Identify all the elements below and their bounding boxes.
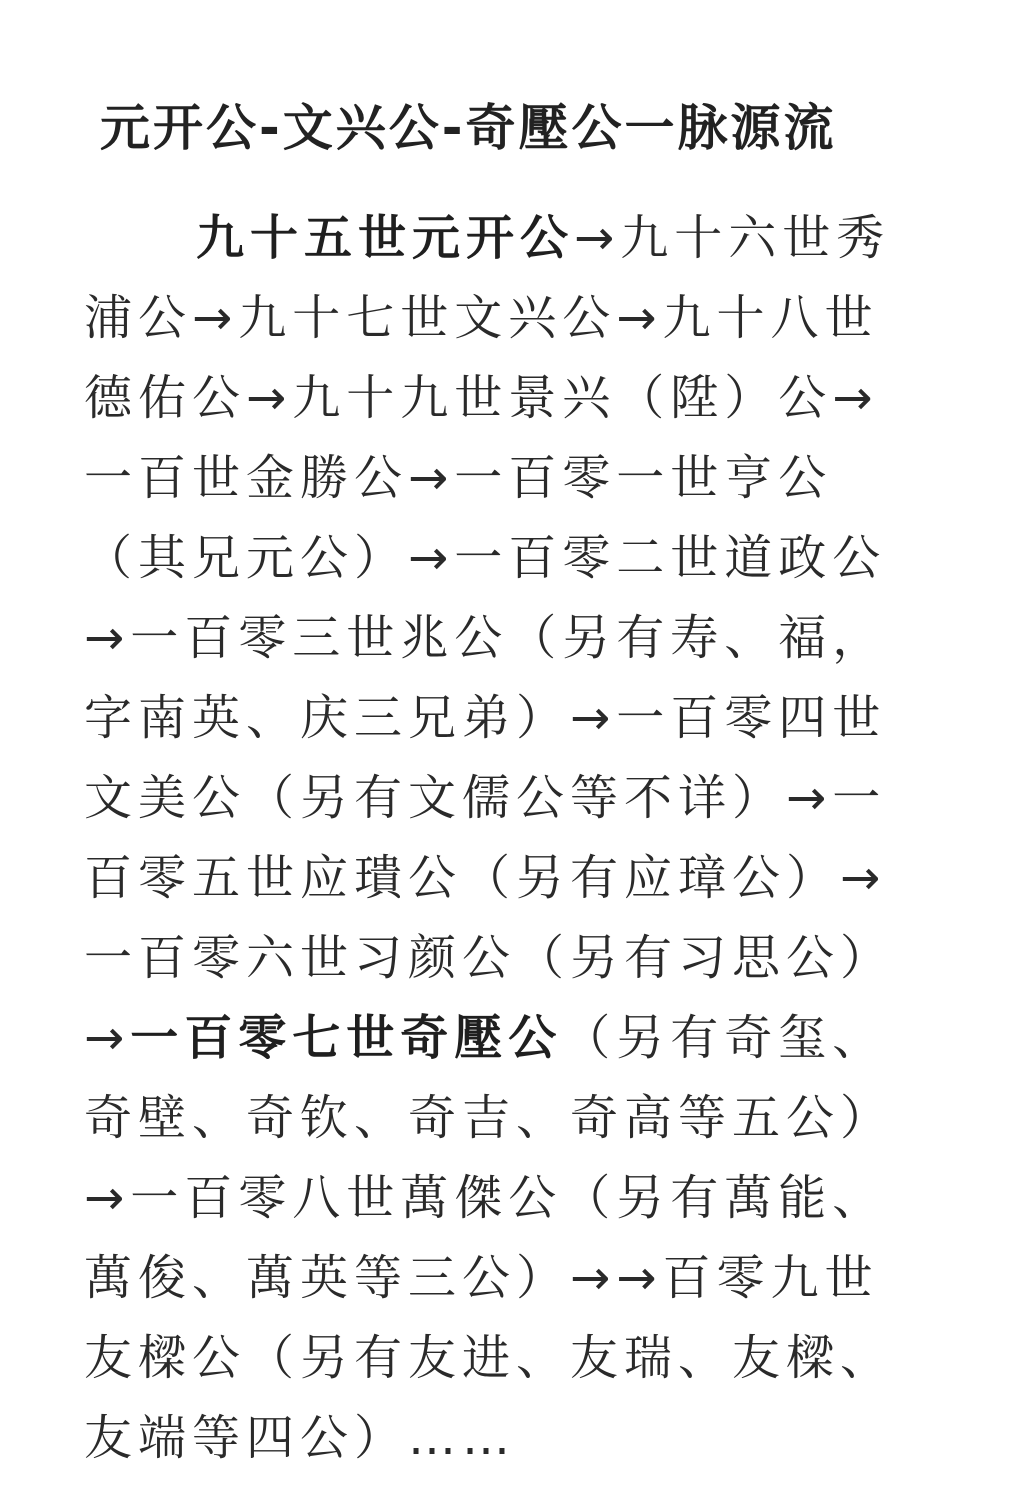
- text-line-7: 字南英、庆三兄弟）→一百零四世: [84, 685, 984, 765]
- text-line-5: （其兄元公）→一百零二世道政公: [84, 525, 984, 605]
- text-line-12: 奇壁、奇钦、奇吉、奇高等五公）: [84, 1085, 984, 1165]
- text-line-10: 一百零六世习颜公（另有习思公）: [84, 925, 984, 1005]
- text-line-13: →一百零八世萬傑公（另有萬能、: [84, 1165, 984, 1245]
- line-text: 德佑公→九十九世景兴（陞）公→: [84, 370, 878, 426]
- line-text: →一百零八世萬傑公（另有萬能、: [84, 1170, 886, 1226]
- line-text: （另有奇玺、: [562, 1010, 886, 1066]
- line-text: 萬俊、萬英等三公）→→百零九世: [84, 1250, 878, 1306]
- text-line-9: 百零五世应璝公（另有应璋公）→: [84, 845, 984, 925]
- text-line-1: 九十五世元开公→九十六世秀: [84, 205, 984, 285]
- line-text: 一百世金勝公→一百零一世亨公: [84, 450, 832, 506]
- text-line-15: 友樑公（另有友进、友瑞、友樑、: [84, 1325, 984, 1405]
- text-line-11: →一百零七世奇壓公（另有奇玺、: [84, 1005, 984, 1085]
- line-text: 文美公（另有文儒公等不详）→一: [84, 770, 886, 826]
- text-line-3: 德佑公→九十九世景兴（陞）公→: [84, 365, 984, 445]
- line-text: →一百零三世兆公（另有寿、福，: [84, 610, 886, 666]
- text-line-14: 萬俊、萬英等三公）→→百零九世: [84, 1245, 984, 1325]
- line-text: 浦公→九十七世文兴公→九十八世: [84, 290, 878, 346]
- bold-ancestor-name: 九十五世元开公: [196, 210, 574, 266]
- line-text: 友樑公（另有友进、友瑞、友樑、: [84, 1330, 894, 1386]
- line-text: 友端等四公）……: [84, 1410, 516, 1466]
- text-line-2: 浦公→九十七世文兴公→九十八世: [84, 285, 984, 365]
- line-text: 奇壁、奇钦、奇吉、奇高等五公）: [84, 1090, 894, 1146]
- text-line-16: 友端等四公）……: [84, 1405, 984, 1485]
- arrow-prefix: →: [84, 1010, 130, 1066]
- lineage-text: 九十五世元开公→九十六世秀 浦公→九十七世文兴公→九十八世 德佑公→九十九世景兴…: [84, 205, 984, 1485]
- line-text: 字南英、庆三兄弟）→一百零四世: [84, 690, 886, 746]
- bold-ancestor-name: 一百零七世奇壓公: [130, 1010, 562, 1066]
- line-text: 百零五世应璝公（另有应璋公）→: [84, 850, 886, 906]
- line-text: 一百零六世习颜公（另有习思公）: [84, 930, 894, 986]
- line-text: （其兄元公）→一百零二世道政公: [84, 530, 886, 586]
- line-text: →九十六世秀: [574, 210, 890, 266]
- text-line-6: →一百零三世兆公（另有寿、福，: [84, 605, 984, 685]
- text-line-4: 一百世金勝公→一百零一世亨公: [84, 445, 984, 525]
- text-line-8: 文美公（另有文儒公等不详）→一: [84, 765, 984, 845]
- page-title: 元开公-文兴公-奇壓公一脉源流: [100, 98, 837, 158]
